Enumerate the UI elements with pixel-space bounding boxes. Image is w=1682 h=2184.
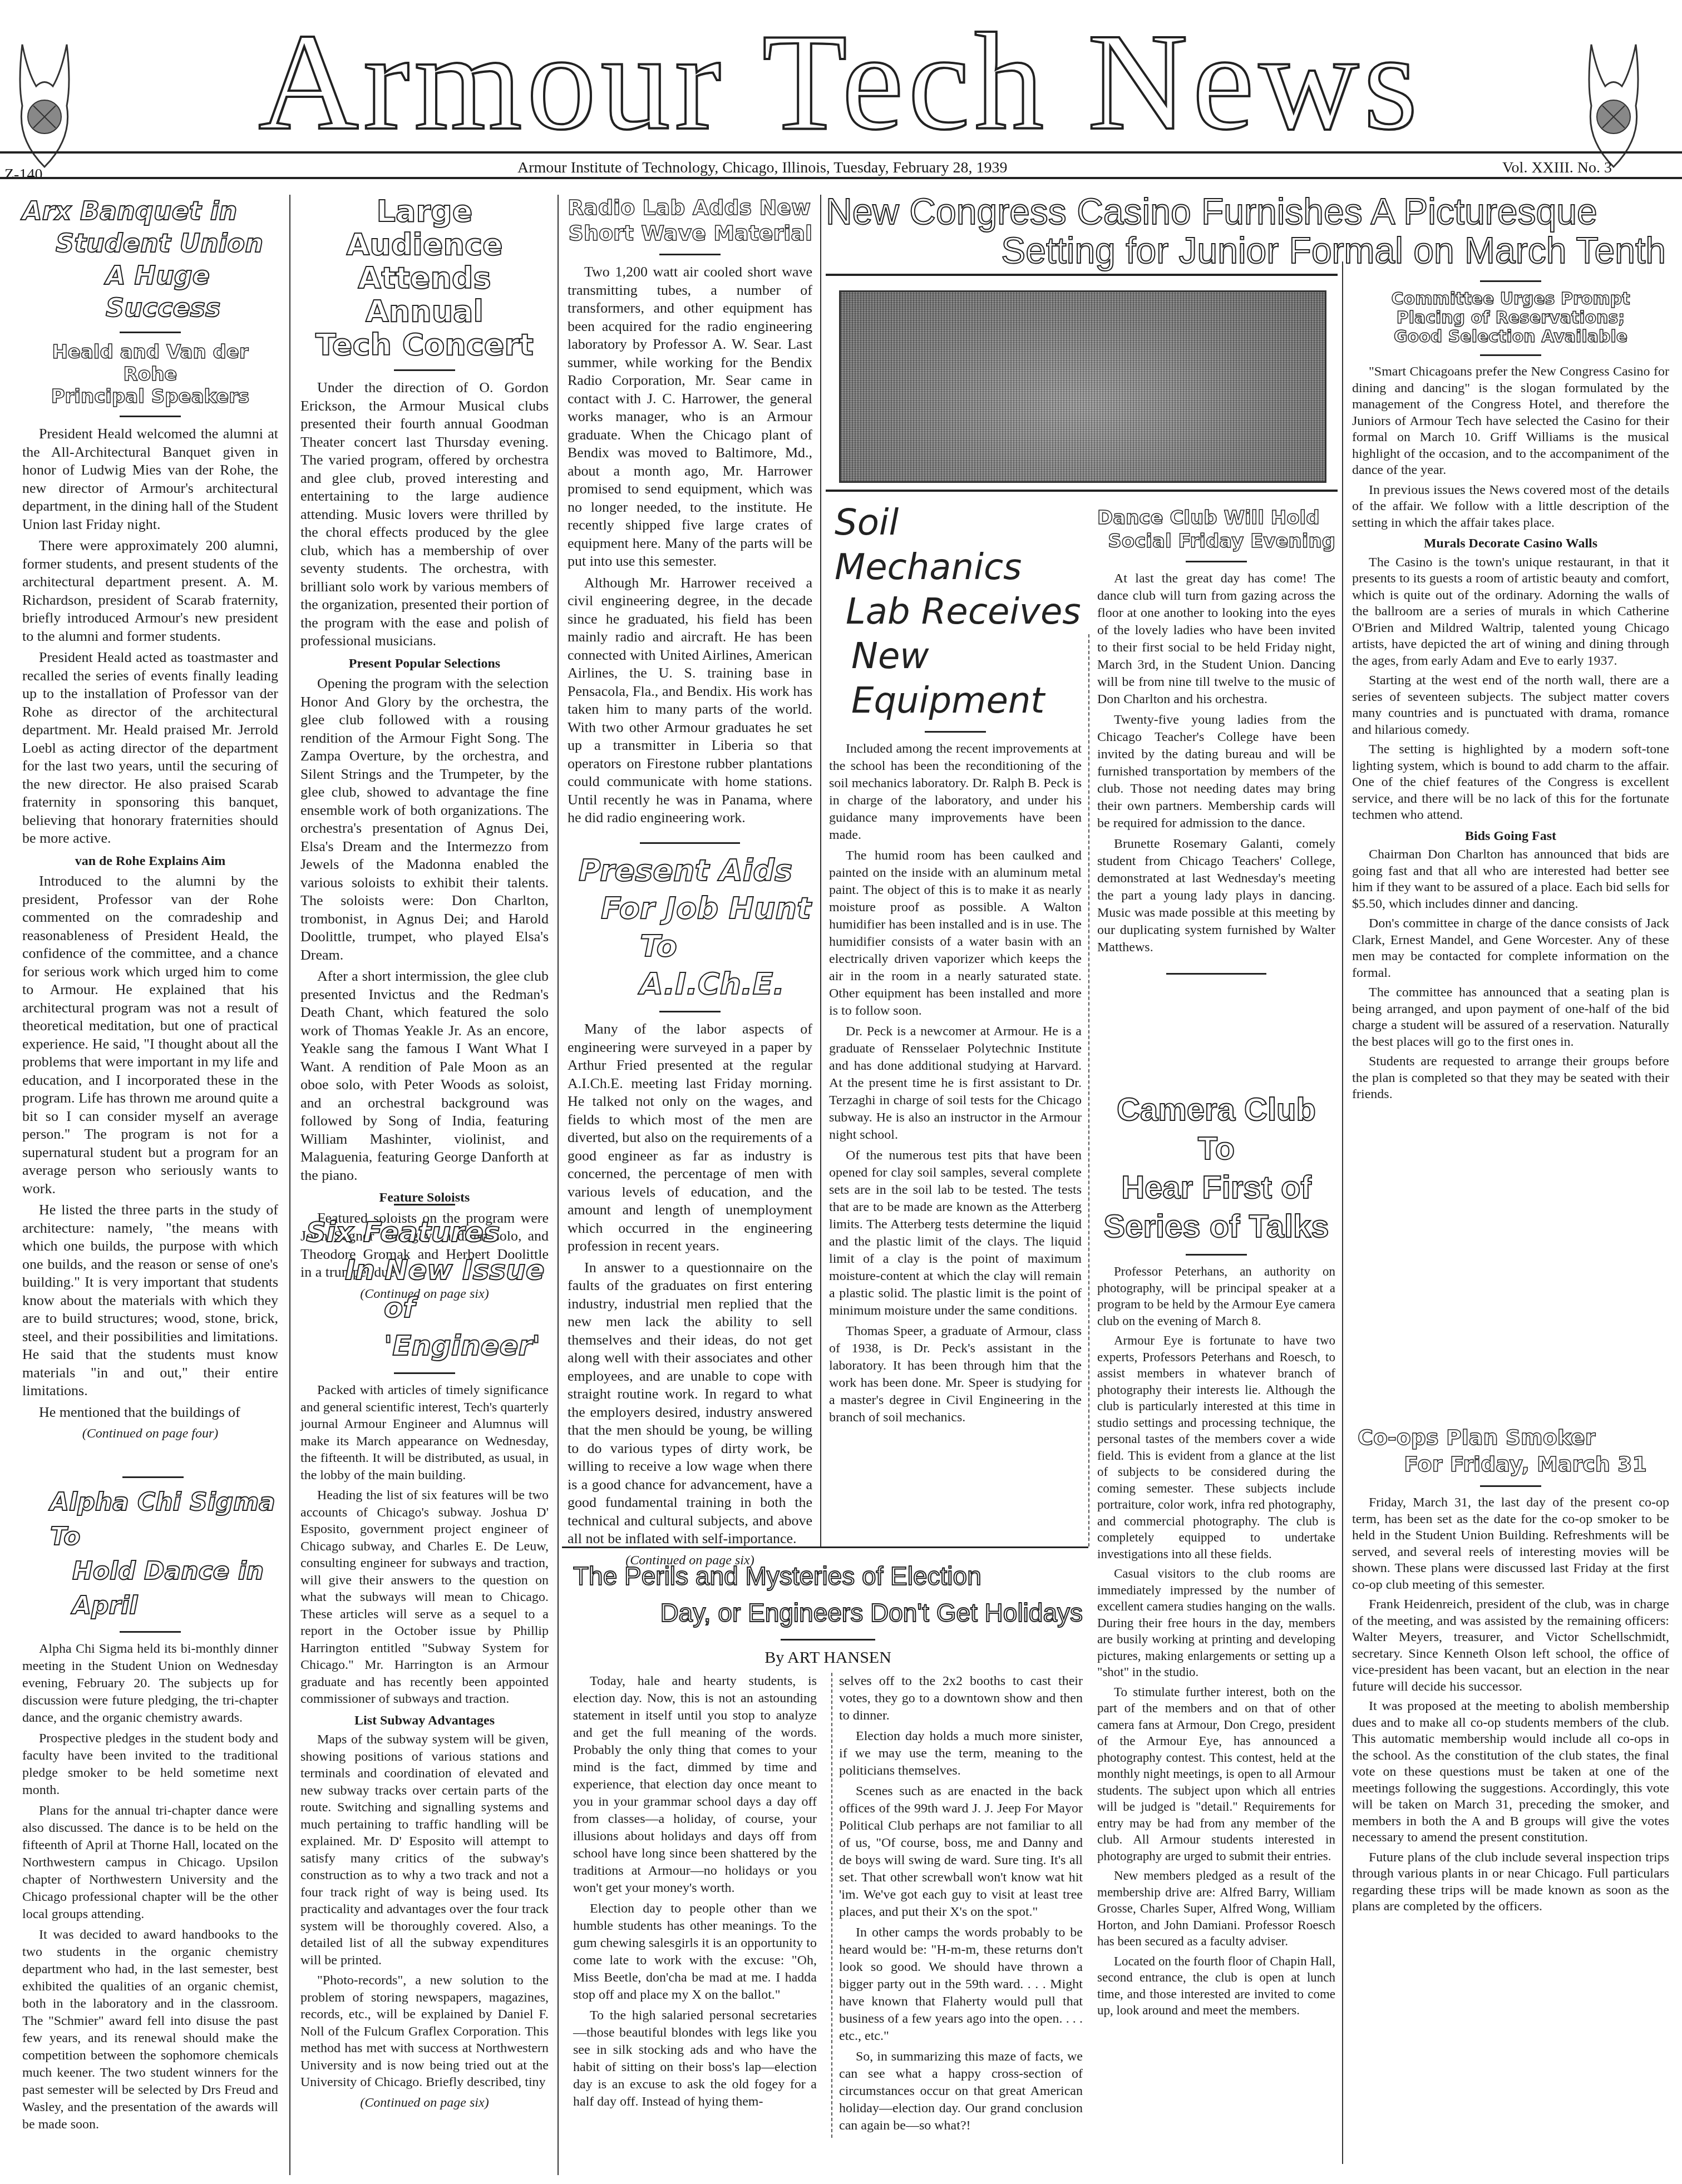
article-casino-reservations: Committee Urges Prompt Placing of Reserv…: [1352, 273, 1669, 1106]
banner-rule: [826, 274, 1338, 276]
article-body: Professor Peterhans, an authority on pho…: [1097, 1263, 1335, 2019]
headline: Alpha Chi Sigma To Hold Dance in April: [22, 1485, 278, 1623]
article-body-right: selves off to the 2x2 booths to cast the…: [831, 1673, 1083, 2138]
article-body: "Smart Chicagoans prefer the New Congres…: [1352, 364, 1669, 1103]
divider: [1480, 354, 1541, 356]
article-soil-mechanics: Soil Mechanics Lab Receives New Equipmen…: [829, 501, 1082, 1430]
subhead: Bids Going Fast: [1352, 828, 1669, 845]
headline: Six Features In New Issue of 'Engineer': [300, 1213, 549, 1365]
headline: Soil Mechanics Lab Receives New Equipmen…: [829, 501, 1082, 723]
divider: [1480, 1485, 1541, 1487]
article-tech-concert: Large Audience Attends Annual Tech Conce…: [300, 195, 549, 1303]
article-body: Included among the recent improvements a…: [829, 740, 1082, 1426]
casino-ballroom-photo: [839, 290, 1326, 483]
masthead: Armour Tech News: [0, 0, 1682, 167]
article-casino-banner: New Congress Casino Furnishes A Pictures…: [826, 192, 1677, 270]
article-body: Alpha Chi Sigma held its bi-monthly dinn…: [22, 1641, 278, 2133]
dateline-bar: Z-140 Armour Institute of Technology, Ch…: [0, 157, 1682, 179]
divider: [925, 731, 986, 733]
volume-number: Vol. XXIII. No. 3: [1502, 159, 1612, 177]
section-rule: [562, 1546, 1088, 1548]
article-radio-lab: Radio Lab Adds New Short Wave Material T…: [568, 195, 812, 831]
article-body: Under the direction of O. Gordon Erickso…: [300, 379, 549, 1303]
headline: Camera Club To Hear First of Series of T…: [1097, 1090, 1335, 1246]
article-body: President Heald welcomed the alumni at t…: [22, 425, 278, 1443]
headline: Co-ops Plan Smoker For Friday, March 31: [1352, 1424, 1669, 1478]
subhead: Present Popular Selections: [300, 655, 549, 673]
headline: Large Audience Attends Annual Tech Conce…: [300, 195, 549, 362]
article-dance-club: Dance Club Will Hold Social Friday Eveni…: [1097, 506, 1335, 982]
article-body: Friday, March 31, the last day of the pr…: [1352, 1495, 1669, 1915]
article-body: Two 1,200 watt air cooled short wave tra…: [568, 263, 812, 827]
article-six-features: Six Features In New Issue of 'Engineer' …: [300, 1196, 549, 2111]
article-body: At last the great day has come! The danc…: [1097, 570, 1335, 956]
divider: [394, 369, 455, 371]
subhead: List Subway Advantages: [300, 1712, 549, 1730]
subheadline: Committee Urges Prompt Placing of Reserv…: [1352, 290, 1669, 347]
byline: By ART HANSEN: [573, 1648, 1083, 1667]
divider: [394, 1204, 455, 1205]
article-body: Packed with articles of timely significa…: [300, 1382, 549, 2111]
headline: Radio Lab Adds New Short Wave Material: [568, 195, 812, 246]
article-body-left: Today, hale and hearty students, is elec…: [573, 1673, 817, 2138]
divider: [394, 1372, 455, 1374]
divider: [659, 254, 721, 255]
banner-headline: New Congress Casino Furnishes A Pictures…: [826, 192, 1677, 270]
article-body: Many of the labor aspects of engineering…: [568, 1020, 812, 1569]
subhead: Murals Decorate Casino Walls: [1352, 536, 1669, 552]
article-arx-banquet: Arx Banquet in Student Union A Huge Succ…: [22, 195, 278, 1443]
headline: Present Aids For Job Hunt To A.I.Ch.E.: [568, 852, 812, 1003]
subheadline: Heald and Van der Rohe Principal Speaker…: [22, 341, 278, 408]
divider: [781, 1639, 875, 1641]
subhead: van de Rohe Explains Aim: [22, 852, 278, 871]
column-rule: [820, 195, 821, 1546]
photo-rule: [826, 490, 1338, 492]
masthead-rule-top: [0, 151, 1682, 154]
column-rule: [558, 195, 559, 2175]
divider: [1480, 280, 1541, 282]
divider: [659, 1011, 721, 1012]
column-rule: [289, 195, 290, 2175]
article-camera-club: Camera Club To Hear First of Series of T…: [1097, 1090, 1335, 2022]
divider: [122, 1476, 184, 1478]
newspaper-title: Armour Tech News: [184, 10, 1497, 155]
article-election-day: The Perils and Mysteries of Election Day…: [573, 1558, 1083, 2138]
continued-link[interactable]: (Continued on page six): [300, 2094, 549, 2112]
article-columns: Today, hale and hearty students, is elec…: [573, 1673, 1083, 2138]
article-coops-smoker: Co-ops Plan Smoker For Friday, March 31 …: [1352, 1424, 1669, 1919]
divider: [120, 1631, 181, 1633]
headline: Arx Banquet in Student Union A Huge Succ…: [22, 195, 278, 324]
headline: The Perils and Mysteries of Election Day…: [573, 1558, 1083, 1631]
masthead-rule-bottom: [0, 177, 1682, 179]
article-alpha-chi-sigma: Alpha Chi Sigma To Hold Dance in April A…: [22, 1485, 278, 2137]
divider: [120, 332, 181, 333]
divider: [1186, 1254, 1247, 1256]
divider: [1186, 561, 1247, 562]
divider: [1166, 973, 1266, 975]
dateline-text: Armour Institute of Technology, Chicago,…: [517, 159, 1007, 177]
headline: Dance Club Will Hold Social Friday Eveni…: [1097, 506, 1335, 553]
column-rule: [1342, 261, 1343, 2164]
divider: [640, 842, 740, 844]
article-aiche: Present Aids For Job Hunt To A.I.Ch.E. M…: [568, 834, 812, 1569]
zone-code: Z-140: [4, 166, 42, 184]
column-rule: [1088, 634, 1089, 1546]
divider: [120, 416, 181, 417]
continued-link[interactable]: (Continued on page four): [22, 1425, 278, 1443]
